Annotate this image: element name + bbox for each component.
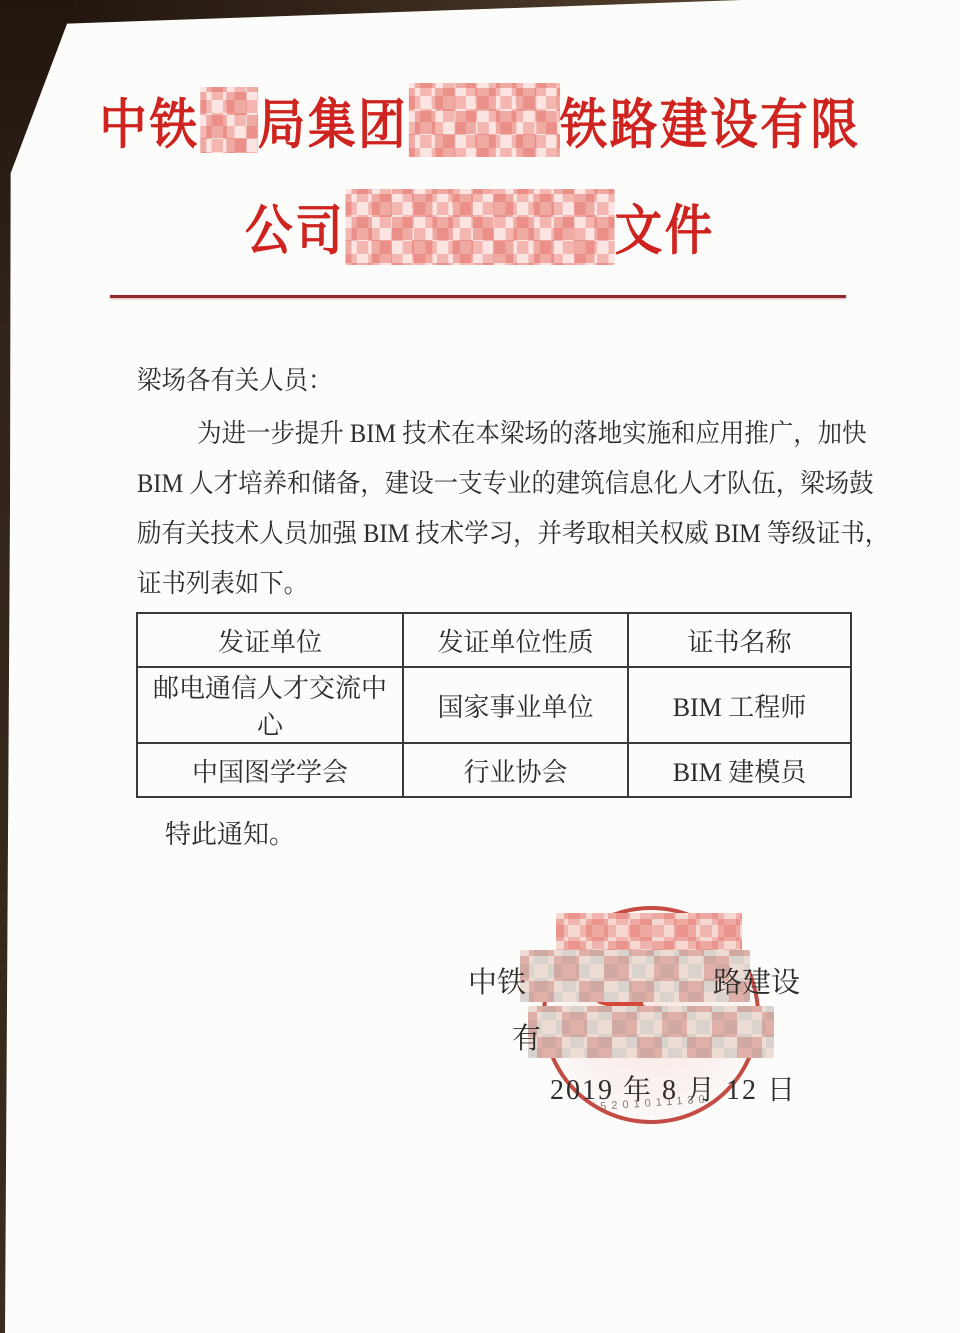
cell-cert-name: BIM 工程师 [628,667,851,743]
signature-line1: 中铁 路建设 [468,960,800,1001]
title-line2-suffix: 文件 [615,201,715,261]
title-line1-prefix: 中铁 [99,95,199,155]
redaction-mosaic [528,1006,774,1058]
body-line: BIM 人才培养和储备，建设一支专业的建筑信息化人才队伍，梁场鼓 [137,463,874,500]
cell-issuing-unit: 中国图学学会 [137,743,403,797]
body-line: 励有关技术人员加强 BIM 技术学习，并考取相关权威 BIM 等级证书， [137,513,889,550]
header-issuing-unit: 发证单位 [137,613,403,667]
header-cert-name: 证书名称 [628,613,851,667]
redaction-mosaic [345,189,614,265]
redaction-mosaic [408,83,559,157]
document-title-line1: 中铁局集团铁路建设有限 [58,82,903,159]
title-line1-suffix: 铁路建设有限 [560,95,861,155]
certificate-table: 发证单位 发证单位性质 证书名称 邮电通信人才交流中心 国家事业单位 BIM 工… [136,612,852,798]
table-header-row: 发证单位 发证单位性质 证书名称 [137,613,851,667]
red-header-rule [110,295,846,298]
signature-line2: 有 [512,1016,541,1057]
document-title-line2: 公司文件 [58,188,903,265]
signature-line1-prefix: 中铁 [468,960,526,1001]
salutation: 梁场各有关人员： [137,360,333,397]
table-row: 邮电通信人才交流中心 国家事业单位 BIM 工程师 [137,667,851,743]
redaction-mosaic [200,87,258,153]
cell-cert-name: BIM 建模员 [628,743,851,797]
cell-unit-nature: 行业协会 [403,743,628,797]
photo-background-top-edge [0,0,742,26]
header-unit-nature: 发证单位性质 [403,613,628,667]
table-row: 中国图学学会 行业协会 BIM 建模员 [137,743,851,797]
title-line2-prefix: 公司 [245,201,345,261]
closing-notice: 特此通知。 [165,814,295,851]
cell-unit-nature: 国家事业单位 [403,667,628,743]
signature-line1-suffix: 路建设 [713,960,800,1001]
title-line1-mid: 局集团 [258,95,408,155]
cell-issuing-unit: 邮电通信人才交流中心 [137,667,403,743]
body-line: 证书列表如下。 [137,563,308,600]
signature-date: 2019 年 8 月 12 日 [550,1068,797,1108]
body-line: 为进一步提升 BIM 技术在本梁场的落地实施和应用推广，加快 [137,413,867,450]
